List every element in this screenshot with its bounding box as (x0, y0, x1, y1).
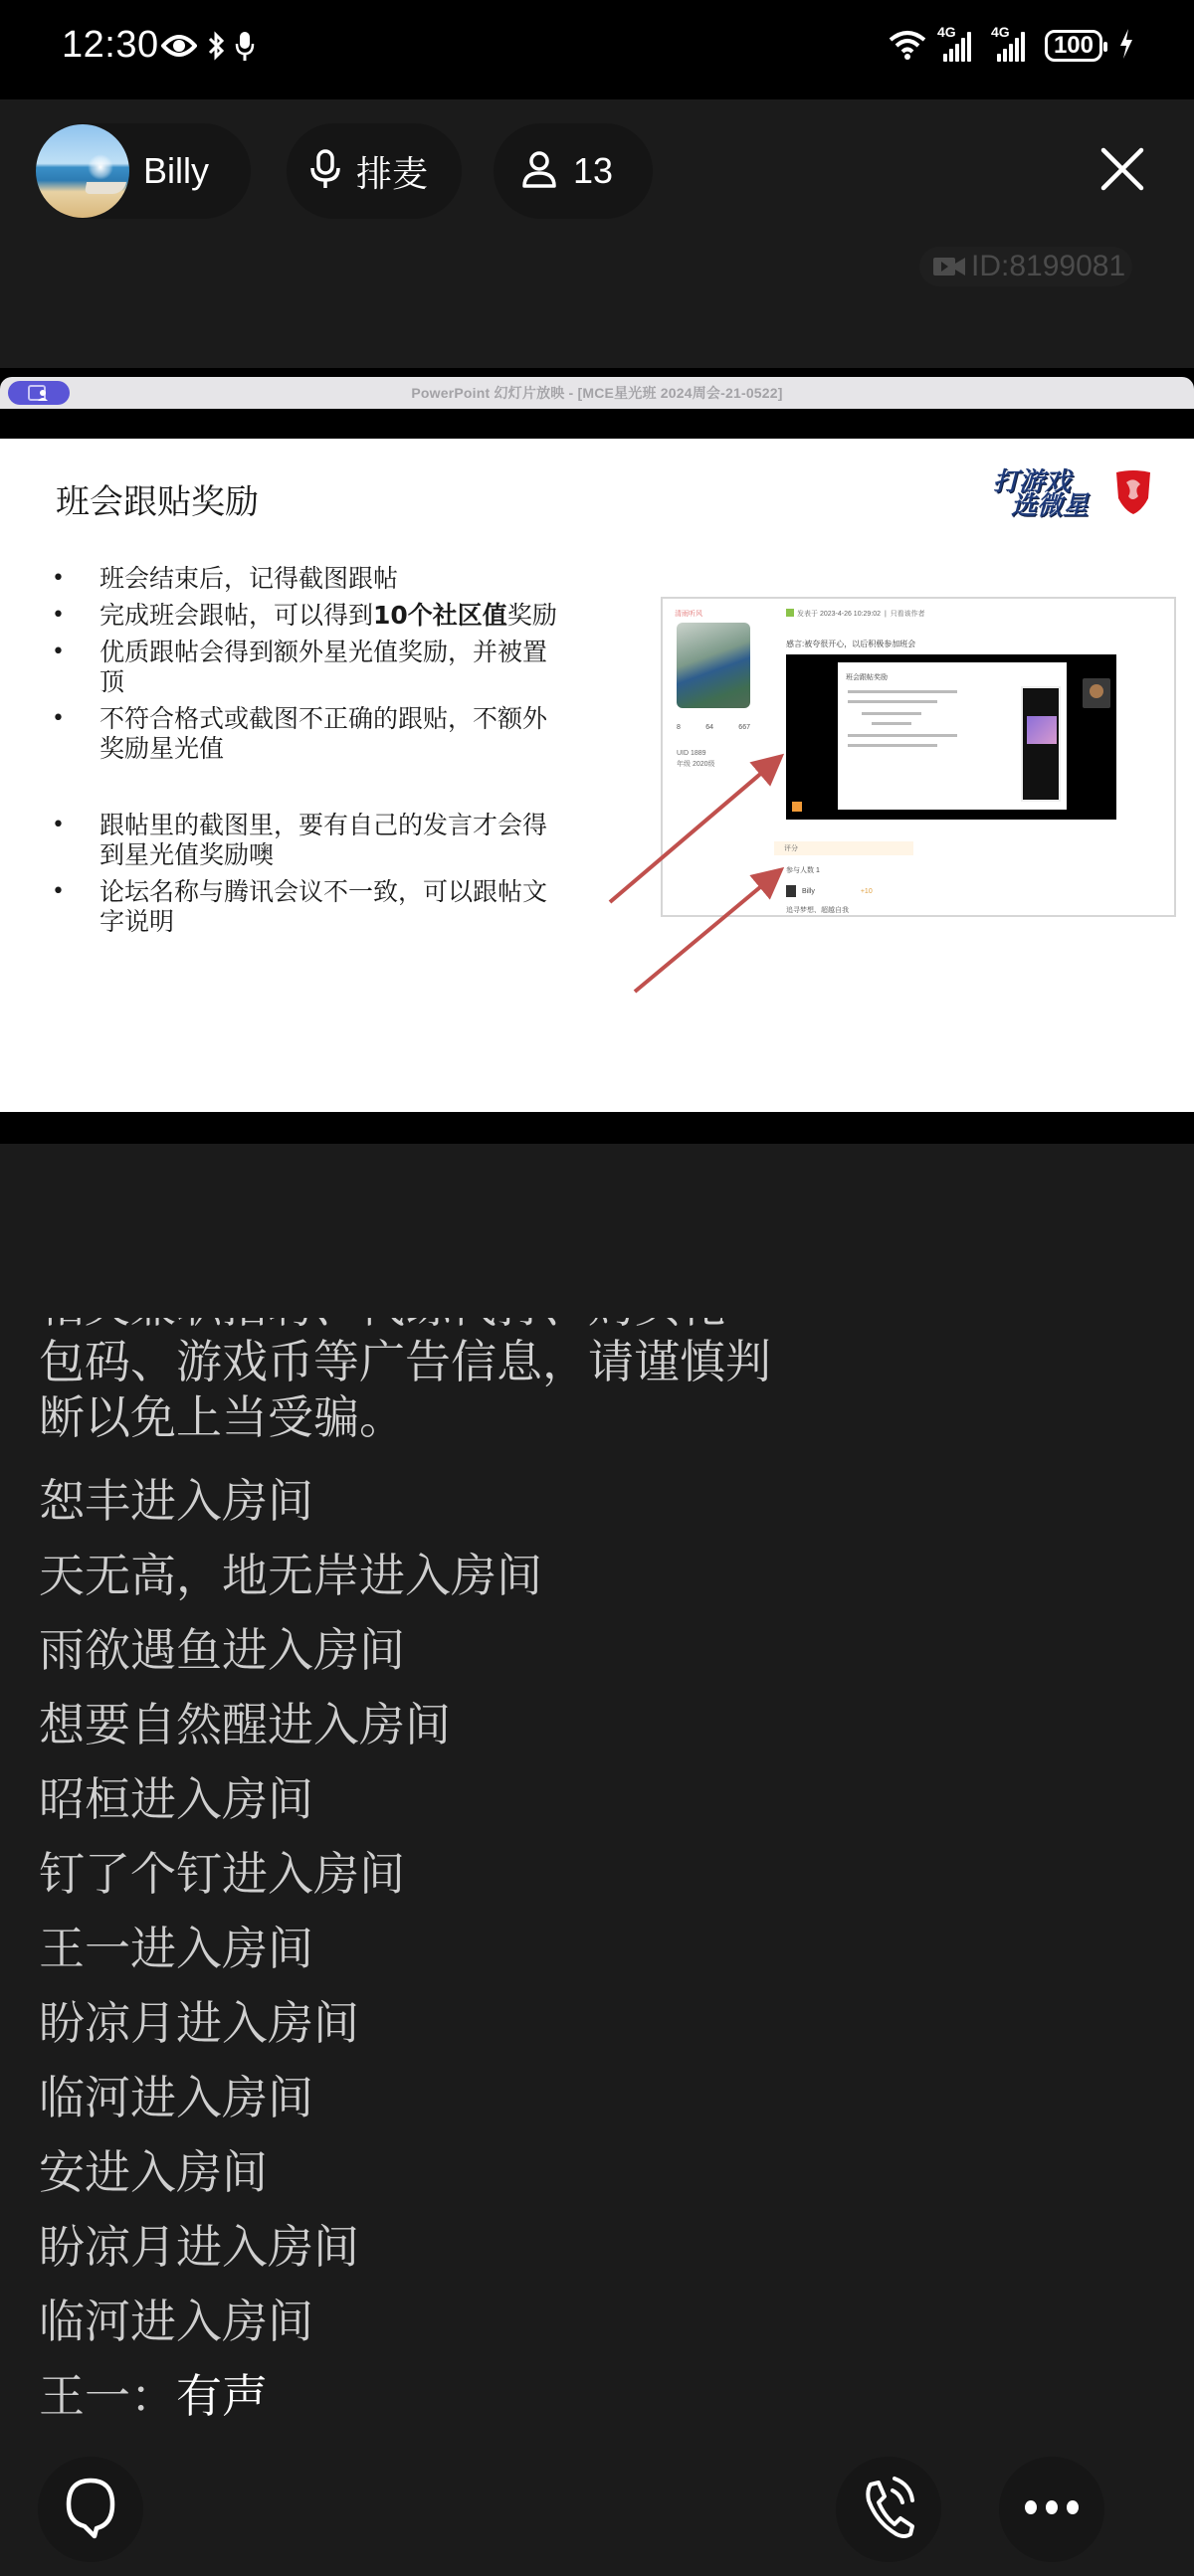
member-count: 13 (573, 150, 613, 192)
forum-video-screenshot: 班会跟帖奖励 (786, 654, 1116, 820)
slide-title: 班会跟贴奖励 (56, 474, 259, 523)
chat-message: 临河进入房间 (39, 2061, 835, 2135)
signal-4g-icon: 4G (937, 30, 981, 62)
chat-feed[interactable]: 相关兼职招聘、代练代打、购买礼 包码、游戏币等广告信息，请谨慎判 断以免上当受骗… (0, 1318, 1194, 2432)
call-button[interactable] (836, 2457, 941, 2562)
battery-icon: 100 (1045, 30, 1102, 62)
avatar[interactable] (36, 124, 129, 218)
bullet-item: •不符合格式或截图不正确的跟贴，不额外奖励星光值 (50, 704, 567, 764)
system-notice: 相关兼职招聘、代练代打、购买礼 包码、游戏币等广告信息，请谨慎判 断以免上当受骗… (39, 1318, 835, 1445)
logo-slogan: 打游戏 选微星 (993, 470, 1098, 518)
more-button[interactable] (999, 2457, 1104, 2562)
chat-message-user: 王一：有声 (39, 2359, 835, 2432)
wifi-icon (888, 28, 927, 64)
close-button[interactable] (1091, 139, 1154, 203)
bullet-item: •完成班会跟帖，可以得到10个社区值奖励 (50, 601, 567, 631)
queue-label: 排麦 (356, 146, 428, 197)
person-icon (519, 149, 559, 193)
msi-dragon-shield-icon (1112, 468, 1154, 520)
room-header: Billy 排麦 13 ID:8199081 (0, 99, 1194, 368)
forum-avatar (677, 623, 750, 708)
microphone-icon (308, 148, 342, 194)
chat-message: 钉了个钉进入房间 (39, 1837, 835, 1912)
chat-bubble-icon (61, 2475, 120, 2544)
chat-message: 盼凉月进入房间 (39, 2210, 835, 2285)
message-content: 有声 (176, 2369, 268, 2423)
chat-message: 王一进入房间 (39, 1912, 835, 1986)
eye-icon (161, 32, 197, 64)
bullet-item: •班会结束后，记得截图跟帖 (50, 564, 567, 594)
chat-message: 恕丰进入房间 (39, 1464, 835, 1539)
window-title: PowerPoint 幻灯片放映 - [MCE星光班 2024周会-21-052… (0, 383, 1194, 403)
chat-message: 昭桓进入房间 (39, 1762, 835, 1837)
chat-message: 安进入房间 (39, 2135, 835, 2210)
clock: 12:30 (62, 24, 159, 67)
charging-icon (1118, 28, 1134, 64)
msi-logo: 打游戏 选微星 (993, 468, 1154, 520)
chat-button[interactable] (38, 2457, 143, 2562)
chat-message: 想要自然醒进入房间 (39, 1688, 835, 1762)
microphone-icon (235, 30, 255, 66)
room-id-badge: ID:8199081 (919, 247, 1132, 286)
chat-message: 临河进入房间 (39, 2285, 835, 2359)
bluetooth-icon (207, 30, 225, 66)
more-dots-icon (1023, 2497, 1081, 2521)
close-icon (1099, 146, 1145, 196)
host-pill[interactable]: Billy (36, 123, 251, 219)
host-name: Billy (143, 150, 209, 192)
video-camera-icon (933, 256, 965, 277)
queue-mic-button[interactable]: 排麦 (287, 123, 462, 219)
status-bar: 12:30 4G 4G 100 (0, 0, 1194, 99)
chat-message: 雨欲遇鱼进入房间 (39, 1613, 835, 1688)
screen-share-view[interactable]: PowerPoint 幻灯片放映 - [MCE星光班 2024周会-21-052… (0, 368, 1194, 1144)
chat-message: 天无高，地无岸进入房间 (39, 1539, 835, 1613)
bullet-item: •跟帖里的截图里，要有自己的发言才会得到星光值奖励噢 (50, 811, 567, 870)
bullet-item: •优质跟帖会得到额外星光值奖励，并被置顶 (50, 638, 567, 697)
signal-4g-icon: 4G (991, 30, 1035, 62)
forum-post-screenshot: 清雨听风 8 64 667 UID 1889 年级 2020级 发表于 2023… (661, 597, 1176, 917)
presentation-slide: 班会跟贴奖励 •班会结束后，记得截图跟帖 •完成班会跟帖，可以得到10个社区值奖… (0, 439, 1194, 1112)
chat-message: 盼凉月进入房间 (39, 1986, 835, 2061)
powerpoint-titlebar: PowerPoint 幻灯片放映 - [MCE星光班 2024周会-21-052… (0, 377, 1194, 409)
members-button[interactable]: 13 (494, 123, 653, 219)
phone-call-icon (857, 2473, 920, 2546)
bottom-toolbar (0, 2457, 1194, 2576)
slide-bullets: •班会结束后，记得截图跟帖 •完成班会跟帖，可以得到10个社区值奖励 •优质跟帖… (50, 564, 567, 944)
message-sender: 王一： (39, 2369, 176, 2423)
bullet-item: •论坛名称与腾讯会议不一致，可以跟帖文字说明 (50, 877, 567, 937)
